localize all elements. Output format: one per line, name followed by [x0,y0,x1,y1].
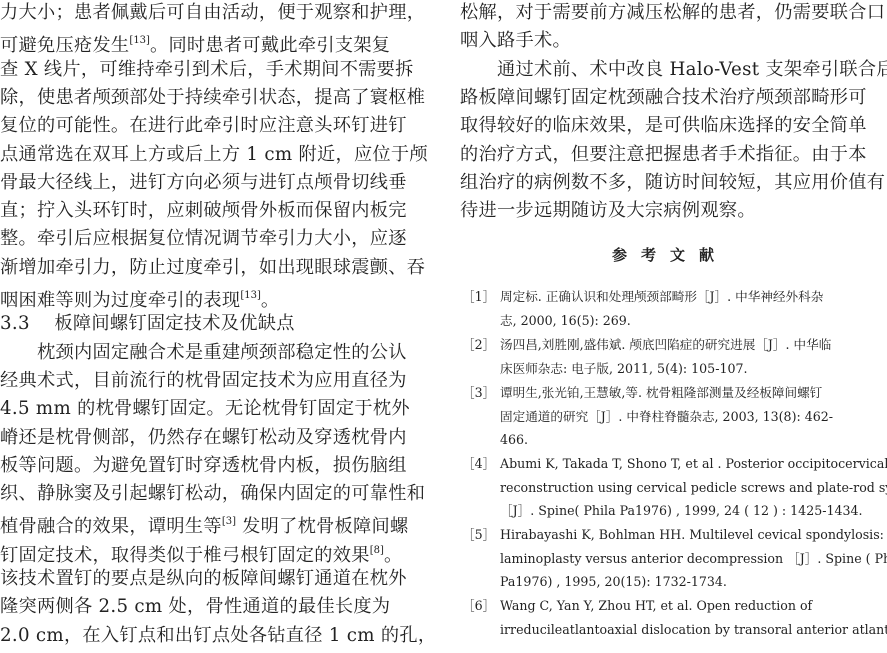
line-text: 通过术前、术中改良 Halo-Vest 支架牵引联合后 [460,59,887,80]
line-text: 查 X 线片，可维持牵引到术后，手术期间不需要拆 [0,59,414,80]
text-line: 直；拧入头环钉时，应刺破颅骨外板而保留内板完 [0,198,407,224]
line-text: 路板障间螺钉固定枕颈融合技术治疗颅颈部畸形可 [460,87,867,108]
line-text: 渐增加牵引力，防止过度牵引，如出现眼球震颤、吞 [0,257,425,278]
line-text: 骨最大径线上，进钉方向必须与进钉点颅骨切线垂 [0,172,407,193]
line-text: 4.5 mm 的枕骨螺钉固定。无论枕骨钉固定于枕外 [0,398,410,419]
text-line: 路板障间螺钉固定枕颈融合技术治疗颅颈部畸形可 [460,85,867,111]
line-text: 松解，对于需要前方减压松解的患者，仍需要联合口 [460,2,885,23]
line-text: 钉固定技术，取得类似于椎弓根钉固定的效果 [0,545,370,566]
line-text: 植骨融合的效果，谭明生等 [0,516,222,537]
text-line: 查 X 线片，可维持牵引到术后，手术期间不需要拆 [0,57,414,83]
line-text: 咽困难等则为过度牵引的表现 [0,290,240,311]
text-line: 4.5 mm 的枕骨螺钉固定。无论枕骨钉固定于枕外 [0,396,410,422]
reference-text: laminoplasty versus anterior decompressi… [500,547,887,571]
reference-text: 固定通道的研究［J］. 中脊柱脊髓杂志, 2003, 13(8): 462- [500,405,833,429]
text-line: 组治疗的病例数不多，随访时间较短，其应用价值有 [460,170,885,196]
text-line: 植骨融合的效果，谭明生等[3] 发明了枕骨板障间螺 [0,509,409,540]
reference-text: reconstruction using cervical pedicle sc… [500,476,887,500]
line-text: 力大小；患者佩戴后可自由活动，便于观察和护理， [0,2,425,23]
text-line: 该技术置钉的要点是纵向的板障间螺钉通道在枕外 [0,566,407,592]
reference-text: Wang C, Yan Y, Zhou HT, et al. Open redu… [500,594,812,618]
line-text: 3.3 板障间螺钉固定技术及优缺点 [0,313,295,334]
text-line: 除，使患者颅颈部处于持续牵引状态，提高了寰枢椎 [0,85,425,111]
line-text: 织、静脉窦及引起螺钉松动，确保内固定的可靠性和 [0,483,425,504]
text-line: 钉固定技术，取得类似于椎弓根钉固定的效果[8]。 [0,538,402,569]
reference-text: ［J］. Spine( Phila Pa1976) , 1999, 24 ( 1… [500,499,863,523]
citation-superscript[interactable]: [8] [370,545,384,556]
line-text: 。 [384,545,403,566]
line-text: 发明了枕骨板障间螺 [236,516,408,537]
text-line: 骨最大径线上，进钉方向必须与进钉点颅骨切线垂 [0,170,407,196]
reference-number: ［2］ [462,333,495,357]
reference-number: ［6］ [462,594,495,618]
text-line: 2.0 cm，在入钉点和出钉点处各钻直径 1 cm 的孔， [0,623,436,649]
reference-text: 周定标. 正确认识和处理颅颈部畸形［J］. 中华神经外科杂 [500,285,823,309]
line-text: 枕颈内固定融合术是重建颅颈部稳定性的公认 [0,342,407,363]
reference-number: ［3］ [462,381,495,405]
line-text: 经典术式，目前流行的枕骨固定技术为应用直径为 [0,370,407,391]
line-text: 可避免压疮发生 [0,35,129,56]
line-text: 板等问题。为避免置钉时穿透枕骨内板，损伤脑组 [0,455,407,476]
reference-text: 床医师杂志: 电子版, 2011, 5(4): 105-107. [500,357,748,381]
text-line: 点通常选在双耳上方或后上方 1 cm 附近，应位于颅 [0,142,428,168]
text-line: 取得较好的临床效果，是可供临床选择的安全简单 [460,113,867,139]
reference-text: irreducileatlantoaxial dislocation by tr… [500,618,887,642]
line-text: 该技术置钉的要点是纵向的板障间螺钉通道在枕外 [0,568,407,589]
reference-number: ［5］ [462,523,495,547]
reference-number: ［4］ [462,452,495,476]
text-line: 咽入路手术。 [460,28,571,54]
text-line: 复位的可能性。在进行此牵引时应注意头环钉进钉 [0,113,407,139]
line-text: 的治疗方式，但要注意把握患者手术指征。由于本 [460,144,867,165]
line-text: 2.0 cm，在入钉点和出钉点处各钻直径 1 cm 的孔， [0,625,436,646]
text-line: 整。牵引后应根据复位情况调节牵引力大小，应逐 [0,226,407,252]
line-text: 整。牵引后应根据复位情况调节牵引力大小，应逐 [0,228,407,249]
text-line: 嵴还是枕骨侧部，仍然存在螺钉松动及穿透枕骨内 [0,425,407,451]
line-text: 待进一步远期随访及大宗病例观察。 [460,200,756,221]
reference-text: Pa1976) , 1995, 20(15): 1732-1734. [500,570,727,594]
reference-text: 志, 2000, 16(5): 269. [500,309,631,333]
line-text: 隆突两侧各 2.5 cm 处，骨性通道的最佳长度为 [0,596,390,617]
text-line: 通过术前、术中改良 Halo-Vest 支架牵引联合后 [460,57,887,83]
text-line: 咽困难等则为过度牵引的表现[13]。 [0,283,279,314]
text-line: 可避免压疮发生[13]。同时患者可戴此牵引支架复 [0,28,390,59]
references-heading: 参考文献 [460,244,880,265]
line-text: 点通常选在双耳上方或后上方 1 cm 附近，应位于颅 [0,144,428,165]
line-text: 。同时患者可戴此牵引支架复 [150,35,390,56]
reference-text: 汤四昌,刘胜刚,盛伟斌. 颅底凹陷症的研究进展［J］. 中华临 [500,333,831,357]
citation-superscript[interactable]: [3] [222,516,236,527]
text-line: 隆突两侧各 2.5 cm 处，骨性通道的最佳长度为 [0,594,390,620]
reference-text: Abumi K, Takada T, Shono T, et al . Post… [500,452,887,476]
reference-text: 466. [500,428,528,452]
reference-text: Hirabayashi K, Bohlman HH. Multilevel ce… [500,523,884,547]
reference-text: 谭明生,张光铂,王慧敏,等. 枕骨粗隆部测量及经板障间螺钉 [500,381,822,405]
text-line: 待进一步远期随访及大宗病例观察。 [460,198,756,224]
text-line: 经典术式，目前流行的枕骨固定技术为应用直径为 [0,368,407,394]
text-line: 的治疗方式，但要注意把握患者手术指征。由于本 [460,142,867,168]
text-line: 力大小；患者佩戴后可自由活动，便于观察和护理， [0,0,425,26]
text-line: 3.3 板障间螺钉固定技术及优缺点 [0,311,295,337]
line-text: 直；拧入头环钉时，应刺破颅骨外板而保留内板完 [0,200,407,221]
line-text: 复位的可能性。在进行此牵引时应注意头环钉进钉 [0,115,407,136]
text-line: 松解，对于需要前方减压松解的患者，仍需要联合口 [460,0,885,26]
citation-superscript[interactable]: [13] [240,290,261,301]
line-text: 取得较好的临床效果，是可供临床选择的安全简单 [460,115,867,136]
text-line: 织、静脉窦及引起螺钉松动，确保内固定的可靠性和 [0,481,425,507]
line-text: 嵴还是枕骨侧部，仍然存在螺钉松动及穿透枕骨内 [0,427,407,448]
text-line: 枕颈内固定融合术是重建颅颈部稳定性的公认 [0,340,407,366]
line-text: 。 [261,290,280,311]
line-text: 组治疗的病例数不多，随访时间较短，其应用价值有 [460,172,885,193]
text-line: 渐增加牵引力，防止过度牵引，如出现眼球震颤、吞 [0,255,425,281]
citation-superscript[interactable]: [13] [129,35,150,46]
reference-number: ［1］ [462,285,495,309]
text-line: 板等问题。为避免置钉时穿透枕骨内板，损伤脑组 [0,453,407,479]
line-text: 除，使患者颅颈部处于持续牵引状态，提高了寰枢椎 [0,87,425,108]
line-text: 咽入路手术。 [460,30,571,51]
